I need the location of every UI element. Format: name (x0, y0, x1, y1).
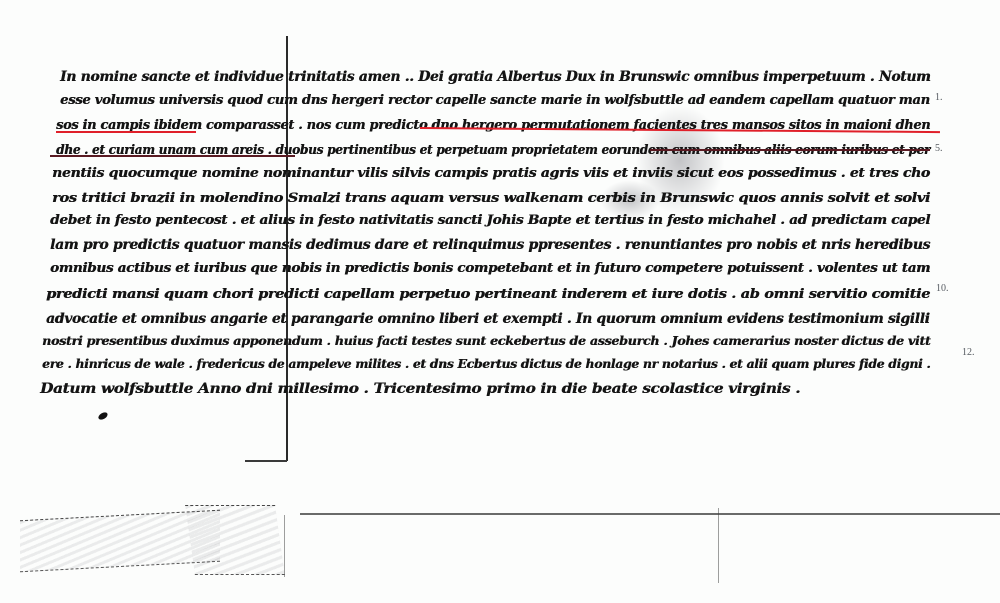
charter-line-14: Datum wolfsbuttle Anno dni millesimo . T… (40, 381, 800, 397)
damaged-area (185, 505, 285, 575)
charter-line-1: In nomine sancte et individue trinitatis… (60, 69, 930, 85)
fold-line-horizontal (300, 513, 1000, 515)
charter-line-11: advocatie et omnibus angarie et parangar… (46, 311, 930, 327)
charter-line-7: debet in festo pentecost . et alius in f… (50, 213, 930, 228)
charter-line-13: ere . hinricus de wale . fredericus de a… (42, 357, 930, 371)
manuscript-page: In nomine sancte et individue trinitatis… (0, 0, 1000, 603)
red-underline (56, 131, 196, 133)
dark-underline (50, 155, 295, 157)
ink-blot (97, 411, 109, 421)
charter-line-8: lam pro predictis quatuor mansis dedimus… (50, 237, 930, 253)
charter-line-12: nostri presentibus duximus apponendum . … (42, 334, 930, 348)
charter-line-6: ros tritici brazii in molendino Smalzi t… (52, 190, 930, 206)
fold-line-horizontal (245, 460, 287, 462)
margin-line-number: 10. (936, 283, 949, 294)
charter-line-10: predicti mansi quam chori predicti capel… (46, 287, 930, 302)
margin-line-number: 5. (935, 143, 943, 154)
margin-line-number: 1. (935, 92, 943, 103)
fold-line-vertical (718, 508, 719, 583)
charter-line-2: esse volumus universis quod cum dns herg… (60, 93, 930, 108)
dark-underline (650, 149, 930, 151)
charter-line-9: omnibus actibus et iuribus que nobis in … (50, 261, 930, 276)
charter-line-5: nentiis quocumque nomine nominantur vili… (52, 166, 930, 181)
fold-line-vertical (284, 515, 285, 577)
margin-line-number: 12. (962, 347, 975, 358)
